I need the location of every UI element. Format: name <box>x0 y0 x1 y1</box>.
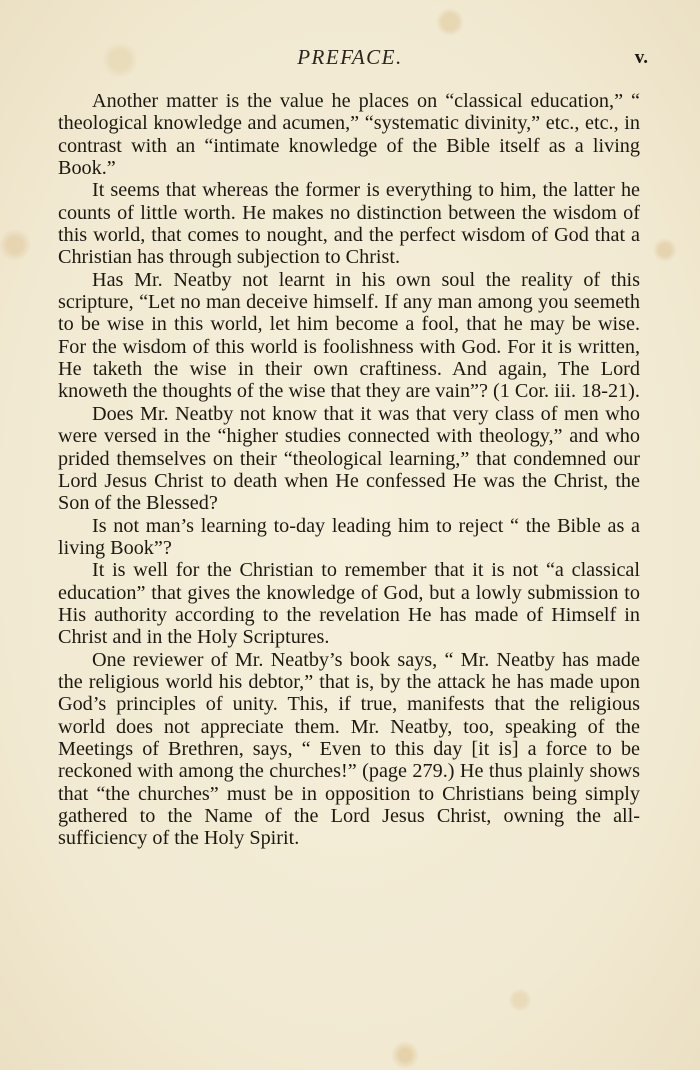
running-title: PREFACE. <box>0 45 700 70</box>
paragraph-classical-education: Another matter is the value he places on… <box>58 90 640 179</box>
paragraph-scripture-quote: Has Mr. Neatby not learnt in his own sou… <box>58 269 640 403</box>
paragraph-lowly-submission: It is well for the Christian to remember… <box>58 559 640 648</box>
paragraph-theological-learning: Does Mr. Neatby not know that it was tha… <box>58 403 640 515</box>
body-text: Another matter is the value he places on… <box>58 90 640 850</box>
paragraph-mans-learning: Is not man’s learning to-day leading him… <box>58 515 640 560</box>
paragraph-worldly-wisdom: It seems that whereas the former is ever… <box>58 179 640 268</box>
page-number: v. <box>635 47 648 69</box>
running-head: PREFACE. v. <box>0 45 700 71</box>
paragraph-reviewer: One reviewer of Mr. Neatby’s book says, … <box>58 649 640 850</box>
book-page: PREFACE. v. Another matter is the value … <box>0 0 700 1070</box>
